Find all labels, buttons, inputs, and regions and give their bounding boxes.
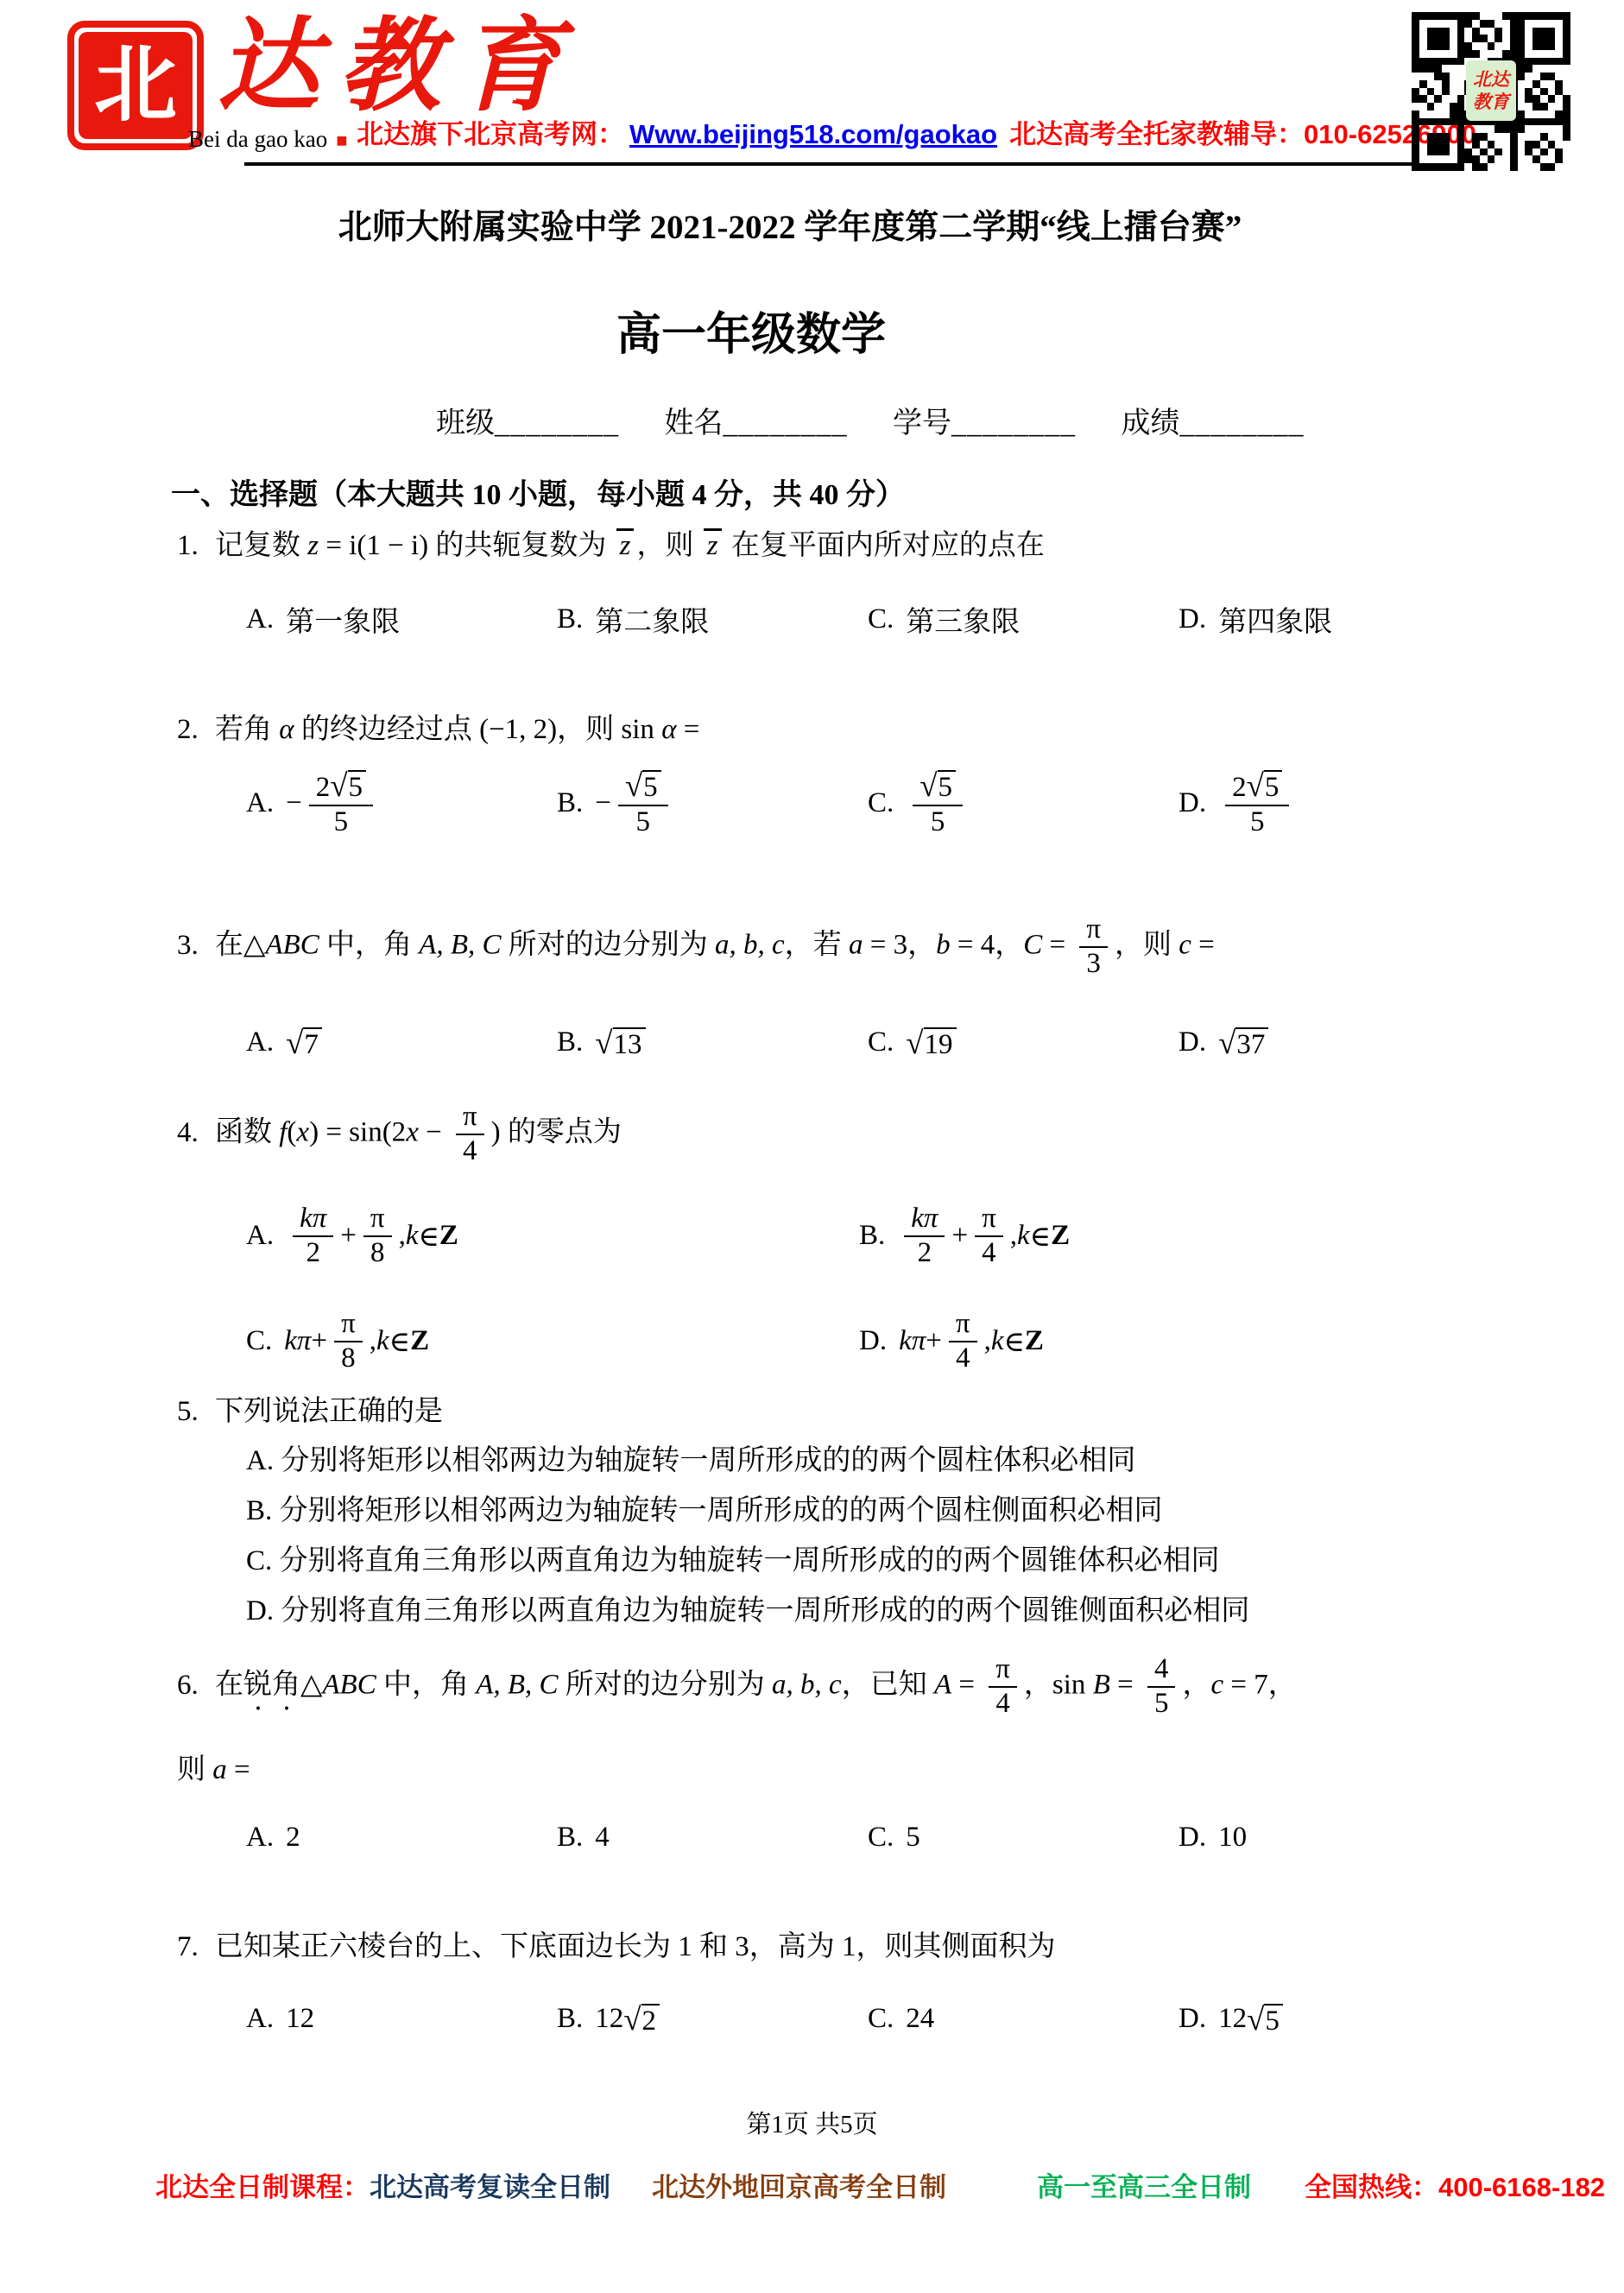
question-number: 6. <box>177 1670 215 1702</box>
option-d: D.第四象限 <box>1179 599 1332 640</box>
option-label: D. <box>1179 603 1206 635</box>
fraction: 2√55 <box>1225 767 1289 839</box>
math-expr: kπ <box>284 1325 311 1357</box>
stem-text: 下列说法正确的是 <box>215 1396 443 1427</box>
promo-course-3: 高一至高三全日制 <box>1037 2172 1251 2202</box>
option-d: D.kπ+π4, k ∈ Z <box>859 1308 1472 1375</box>
fraction: π4 <box>949 1308 977 1375</box>
math-var: c <box>1179 930 1191 961</box>
stem-text: ， <box>1268 1670 1297 1701</box>
math-var: C <box>1023 930 1042 961</box>
stem-text: 所对的边分别为 <box>502 930 716 961</box>
math-expr: = <box>1110 1670 1141 1701</box>
fraction-numerator: π <box>1079 913 1108 948</box>
math-fn: sin <box>1052 1670 1093 1701</box>
options-row: A.第一象限 B.第二象限 C.第三象限 D.第四象限 <box>177 599 1472 640</box>
option-c: C.第三象限 <box>868 599 1179 640</box>
brand-calligraphy: 达教育 <box>218 9 580 126</box>
exam-subtitle: 高一年级数学 <box>0 298 1502 363</box>
coefficient: 2 <box>316 772 331 803</box>
option-label: B. <box>246 1495 272 1526</box>
question-3: 3.在△ABC 中，角 A, B, C 所对的边分别为 a, b, c，若 a … <box>177 913 1472 1061</box>
stem-text: 所对的边分别为 <box>559 1670 773 1701</box>
option-label: D. <box>1179 1822 1206 1854</box>
stem-text: 的终边经过点 <box>294 714 480 745</box>
option-label: A. <box>246 1026 274 1058</box>
stem-text: ， <box>1024 1670 1052 1701</box>
radical-icon: √ <box>625 767 642 803</box>
fraction-numerator: π <box>949 1308 977 1342</box>
stem-text: ，已知 <box>842 1670 934 1701</box>
triangle-icon: △ <box>300 1670 322 1701</box>
coefficient: 12 <box>595 2003 623 2035</box>
question-1: 1.记复数 z = i(1 − i) 的共轭复数为 z，则 z 在复平面内所对应… <box>177 522 1472 640</box>
fraction: kπ2 <box>293 1203 333 1270</box>
minus-sign: − <box>286 787 302 819</box>
fraction-denominator: 8 <box>334 1342 363 1375</box>
math-var: k <box>406 1220 419 1252</box>
option-label: D. <box>859 1325 887 1357</box>
fraction-denominator: 4 <box>989 1688 1017 1721</box>
option-a: A.kπ2+π8, k ∈ Z <box>246 1203 859 1270</box>
comma: , <box>370 1325 376 1357</box>
question-number: 5. <box>177 1396 215 1428</box>
radicand: 5 <box>642 770 661 803</box>
stem-text: 记复数 <box>215 530 307 561</box>
radicand: 37 <box>1235 1027 1268 1060</box>
question-number: 3. <box>177 930 215 962</box>
math-var: z <box>620 530 631 561</box>
math-fn: sin <box>621 714 661 745</box>
option-a: A.12 <box>246 2003 557 2035</box>
math-var: ABC <box>322 1670 376 1701</box>
radical-icon: √ <box>595 1025 612 1060</box>
fraction: π4 <box>456 1101 484 1168</box>
triangle-icon: △ <box>243 930 265 961</box>
coefficient: 2 <box>1232 772 1247 803</box>
option-d: D.12√5 <box>1179 2000 1283 2037</box>
stem-text: 中，角 <box>376 1670 477 1701</box>
option-d: D.√37 <box>1179 1024 1268 1061</box>
question-stem: 2.若角 α 的终边经过点 (−1, 2)，则 sin α = <box>177 706 1472 747</box>
option-value: 分别将直角三角形以两直角边为轴旋转一周所形成的的两个圆锥体积必相同 <box>280 1545 1220 1576</box>
option-value: 分别将矩形以相邻两边为轴旋转一周所形成的的两个圆柱体积必相同 <box>281 1445 1135 1476</box>
math-expr: = i(1 − i) <box>319 530 428 561</box>
fraction-numerator: kπ <box>293 1203 333 1237</box>
integer-set-symbol: Z <box>1051 1220 1070 1252</box>
option-label: A. <box>246 787 274 819</box>
option-c: C.kπ+π8, k ∈ Z <box>246 1308 859 1375</box>
stem-text: 中，角 <box>319 930 420 961</box>
fraction-numerator: π <box>989 1653 1017 1688</box>
fraction-denominator: 4 <box>949 1342 977 1375</box>
options-row: A.2 B.4 C.5 D.10 <box>177 1822 1472 1854</box>
stem-text: 已知某正六棱台的上、下底面边长为 1 和 3，高为 1，则其侧面积为 <box>215 1931 1056 1962</box>
math-var: k <box>376 1325 389 1357</box>
fraction-numerator: √5 <box>618 767 668 806</box>
stem-text: ， <box>995 930 1023 961</box>
promo-label: 北达全日制课程： <box>155 2172 370 2202</box>
fraction: 45 <box>1147 1653 1176 1721</box>
stem-text: 在复平面内所对应的点在 <box>724 530 1045 561</box>
option-label: B. <box>557 787 583 819</box>
option-b: B.12√2 <box>557 2000 868 2037</box>
emphasized-text: 锐角 <box>243 1670 300 1701</box>
option-label: D. <box>1179 1026 1206 1058</box>
option-b: B.第二象限 <box>557 599 868 640</box>
math-var: α <box>279 714 294 745</box>
option-value: 第一象限 <box>286 599 400 640</box>
options-row: A.√7 B.√13 C.√19 D.√37 <box>177 1024 1472 1061</box>
element-of-sign: ∈ <box>389 1324 410 1359</box>
option-a: A.第一象限 <box>246 599 557 640</box>
fraction: π3 <box>1079 913 1108 981</box>
question-6: 6.在锐角△ABC 中，角 A, B, C 所对的边分别为 a, b, c，已知… <box>177 1653 1472 1854</box>
math-var: a <box>849 930 863 961</box>
class-field-blank: ________ <box>495 407 619 439</box>
math-var: A, B, C <box>419 930 501 961</box>
math-var: a <box>212 1754 227 1785</box>
math-var: A <box>934 1670 951 1701</box>
z-conjugate: z <box>704 528 722 562</box>
math-expr: (−1, 2) <box>479 714 557 745</box>
radicand: 2 <box>641 2004 660 2037</box>
radical-icon: √ <box>919 767 937 803</box>
option-value: 4 <box>595 1822 610 1854</box>
qr-code: 北达 教育 <box>1412 12 1570 171</box>
fraction: π4 <box>989 1653 1017 1721</box>
option-label: B. <box>557 1026 583 1058</box>
radicand: 13 <box>613 1027 646 1060</box>
option-label: C. <box>868 2003 894 2035</box>
element-of-sign: ∈ <box>1030 1219 1051 1254</box>
fraction-denominator: 3 <box>1079 948 1108 981</box>
radicand: 5 <box>938 770 957 803</box>
option-b: B.√13 <box>557 1024 868 1061</box>
exam-page: 北 达教育 Bei da gao kao■ 北达旗下北京高考网：Www.beij… <box>0 0 1624 2293</box>
radicand: 5 <box>1264 2004 1283 2037</box>
option-value: 第二象限 <box>595 599 709 640</box>
stem-text: ，则 <box>557 714 621 745</box>
math-expr: = 4 <box>951 930 995 961</box>
fraction-numerator: 4 <box>1147 1653 1176 1688</box>
options-row: A.−2√55 B.−√55 C.√55 D.2√55 <box>177 767 1472 839</box>
option-c: C. 分别将直角三角形以两直角边为轴旋转一周所形成的的两个圆锥体积必相同 <box>177 1543 1472 1579</box>
header-phone-label: 北达高考全托家教辅导：010-62526900 <box>1009 119 1476 149</box>
option-label: A. <box>246 603 274 635</box>
header-info-line: 北达旗下北京高考网：Www.beijing518.com/gaokao北达高考全… <box>357 112 1476 151</box>
radical-icon: √ <box>906 1025 923 1060</box>
fraction: 2√55 <box>309 767 373 839</box>
comma: , <box>1010 1220 1017 1252</box>
comma: , <box>984 1325 991 1357</box>
option-c: C.√55 <box>868 767 1179 839</box>
promo-course-2: 北达外地回京高考全日制 <box>652 2172 946 2202</box>
math-var: z <box>307 530 319 561</box>
question-stem: 4.函数 f(x) = sin(2x − π4) 的零点为 <box>177 1101 1472 1168</box>
stem-text: 的零点为 <box>501 1117 622 1148</box>
math-var: z <box>707 530 718 561</box>
sqrt: √7 <box>286 1024 322 1061</box>
fraction-numerator: π <box>456 1101 484 1135</box>
option-label: B. <box>557 2003 583 2035</box>
question-2: 2.若角 α 的终边经过点 (−1, 2)，则 sin α = A.−2√55 … <box>177 706 1472 839</box>
option-label: C. <box>868 787 894 819</box>
brand-seal-inner: 北 <box>79 32 193 139</box>
option-label: D. <box>246 1595 274 1627</box>
page-indicator: 第1页 共5页 <box>0 2105 1624 2140</box>
question-stem: 5.下列说法正确的是 <box>177 1388 1472 1429</box>
fraction-denominator: 8 <box>363 1237 392 1270</box>
option-label: C. <box>246 1545 272 1576</box>
comma: , <box>399 1220 406 1252</box>
minus-sign: − <box>595 787 611 819</box>
fraction-denominator: 4 <box>975 1237 1003 1270</box>
integer-set-symbol: Z <box>410 1325 429 1357</box>
integer-set-symbol: Z <box>439 1220 458 1252</box>
radical-icon: √ <box>1247 2001 1264 2037</box>
stem-text: 在 <box>215 1670 243 1701</box>
option-label: C. <box>868 603 894 635</box>
fraction-denominator: 5 <box>1147 1688 1176 1721</box>
question-stem: 1.记复数 z = i(1 − i) 的共轭复数为 z，则 z 在复平面内所对应… <box>177 522 1472 563</box>
fraction: √55 <box>618 767 668 839</box>
qr-center-label: 北达 教育 <box>1466 60 1516 121</box>
radical-icon: √ <box>1247 767 1264 803</box>
option-label: A. <box>246 1822 274 1854</box>
option-value: 12 <box>286 2003 314 2035</box>
options-row: A.kπ2+π8, k ∈ Z B.kπ2+π4, k ∈ Z <box>177 1203 1472 1270</box>
options-row: A.12 B.12√2 C.24 D.12√5 <box>177 2000 1472 2037</box>
header-site-label: 北达旗下北京高考网： <box>357 119 624 149</box>
math-expr: ) <box>491 1117 501 1148</box>
fraction-numerator: 2√5 <box>1225 767 1289 806</box>
math-expr: = <box>951 1670 982 1701</box>
radicand: 5 <box>1264 770 1283 803</box>
name-field-blank: ________ <box>724 407 848 439</box>
option-value: 第四象限 <box>1218 599 1332 640</box>
radical-icon: √ <box>330 767 347 803</box>
option-value: 分别将直角三角形以两直角边为轴旋转一周所形成的的两个圆锥侧面积必相同 <box>281 1595 1249 1627</box>
math-expr: ( <box>287 1117 296 1148</box>
math-var: a, b, c <box>715 930 785 961</box>
math-expr: = <box>1191 930 1215 961</box>
math-var: x <box>296 1117 309 1148</box>
option-c: C.5 <box>868 1822 1179 1854</box>
score-field-label: 成绩 <box>1122 407 1180 439</box>
plus-sign: + <box>311 1325 327 1357</box>
student-id-field-blank: ________ <box>951 407 1076 439</box>
option-b: B.kπ2+π4, k ∈ Z <box>859 1203 1472 1270</box>
option-a: A. 分别将矩形以相邻两边为轴旋转一周所形成的的两个圆柱体积必相同 <box>177 1443 1472 1479</box>
fraction-numerator: π <box>334 1308 363 1342</box>
coefficient: 12 <box>1218 2003 1247 2035</box>
option-d: D. 分别将直角三角形以两直角边为轴旋转一周所形成的的两个圆锥侧面积必相同 <box>177 1593 1472 1629</box>
radical-icon: √ <box>1218 1025 1235 1060</box>
option-value: 10 <box>1218 1822 1247 1854</box>
option-label: C. <box>868 1822 894 1854</box>
fraction: π8 <box>334 1308 363 1375</box>
student-info-line: 班级________ 姓名________ 学号________ 成绩_____… <box>436 399 1343 441</box>
radicand: 7 <box>303 1027 322 1060</box>
stem-text: 在 <box>215 930 243 961</box>
option-c: C.24 <box>868 2003 1179 2035</box>
option-label: A. <box>246 1445 274 1476</box>
question-stem-line2: 则 a = <box>177 1747 1472 1787</box>
math-var: A, B, C <box>476 1670 558 1701</box>
radicand: 5 <box>348 770 367 803</box>
option-a: A.2 <box>246 1822 557 1854</box>
fraction-denominator: 5 <box>629 806 658 839</box>
fraction-denominator: 4 <box>456 1135 484 1168</box>
fraction-numerator: √5 <box>913 767 963 806</box>
options-row: C.kπ+π8, k ∈ Z D.kπ+π4, k ∈ Z <box>177 1308 1472 1375</box>
qr-label-line1: 北达 <box>1473 68 1509 91</box>
fraction: π8 <box>363 1203 392 1270</box>
option-b: B.−√55 <box>557 767 868 839</box>
question-7: 7.已知某正六棱台的上、下底面边长为 1 和 3，高为 1，则其侧面积为 A.1… <box>177 1923 1472 2037</box>
stem-text: ，则 <box>1115 930 1179 961</box>
option-c: C.√19 <box>868 1024 1179 1061</box>
question-4: 4.函数 f(x) = sin(2x − π4) 的零点为 A.kπ2+π8, … <box>177 1101 1472 1375</box>
brand-seal-logo: 北 <box>67 21 204 150</box>
option-value: 分别将矩形以相邻两边为轴旋转一周所形成的的两个圆柱侧面积必相同 <box>280 1495 1163 1526</box>
math-expr: = <box>1042 930 1072 961</box>
stem-text: ，若 <box>785 930 849 961</box>
sqrt: √5 <box>330 772 366 803</box>
question-5: 5.下列说法正确的是 A. 分别将矩形以相邻两边为轴旋转一周所形成的的两个圆柱体… <box>177 1388 1472 1629</box>
fraction-numerator: 2√5 <box>309 767 373 806</box>
option-d: D.2√55 <box>1179 767 1296 839</box>
question-stem: 6.在锐角△ABC 中，角 A, B, C 所对的边分别为 a, b, c，已知… <box>177 1653 1472 1721</box>
fraction-denominator: 5 <box>327 806 356 839</box>
class-field-label: 班级 <box>436 407 495 439</box>
plus-sign: + <box>951 1220 968 1252</box>
fraction-numerator: π <box>363 1203 392 1237</box>
option-d: D.10 <box>1179 1822 1247 1854</box>
element-of-sign: ∈ <box>418 1219 439 1254</box>
fraction-denominator: 2 <box>299 1237 327 1270</box>
sqrt: √13 <box>595 1024 645 1061</box>
math-expr: = <box>677 714 700 745</box>
question-number: 7. <box>177 1931 215 1963</box>
option-label: A. <box>246 2003 274 2035</box>
math-expr: = 3 <box>863 930 907 961</box>
fraction-numerator: kπ <box>904 1203 945 1237</box>
math-var: B <box>1093 1670 1110 1701</box>
brand-tagline-text: Bei da gao kao <box>188 126 327 152</box>
fraction-numerator: π <box>975 1203 1003 1237</box>
option-label: C. <box>246 1325 272 1357</box>
math-var: ABC <box>265 930 319 961</box>
option-value: 5 <box>906 1822 920 1854</box>
question-number: 1. <box>177 530 215 562</box>
radical-icon: √ <box>623 2001 641 2037</box>
stem-text: 的共轭复数为 <box>428 530 614 561</box>
math-var: k <box>1017 1220 1030 1252</box>
integer-set-symbol: Z <box>1025 1325 1044 1357</box>
math-expr: ) = sin(2 <box>309 1117 406 1148</box>
math-var: b <box>936 930 951 961</box>
stem-text: ， <box>1182 1670 1210 1701</box>
math-var: c <box>1210 1670 1223 1701</box>
option-label: A. <box>246 1220 274 1252</box>
footer-promo-line: 北达全日制课程：北达高考复读全日制北达外地回京高考全日制高一至高三全日制全国热线… <box>155 2165 1605 2204</box>
question-number: 2. <box>177 714 215 746</box>
option-label: D. <box>1179 787 1206 819</box>
sqrt: √5 <box>625 772 661 803</box>
fraction-denominator: 5 <box>1243 806 1272 839</box>
student-id-field-label: 学号 <box>893 407 951 439</box>
sqrt: √5 <box>1247 2000 1283 2037</box>
qr-label-line2: 教育 <box>1473 91 1509 113</box>
option-b: B. 分别将矩形以相邻两边为轴旋转一周所形成的的两个圆柱侧面积必相同 <box>177 1493 1472 1529</box>
fraction: √55 <box>913 767 963 839</box>
radicand: 19 <box>924 1027 957 1060</box>
sqrt: √37 <box>1218 1024 1268 1061</box>
header-site-link[interactable]: Www.beijing518.com/gaokao <box>629 119 997 149</box>
plus-sign: + <box>340 1220 357 1252</box>
section-heading: 一、选择题（本大题共 10 小题，每小题 4 分，共 40 分） <box>171 471 905 513</box>
stem-text: 若角 <box>215 714 279 745</box>
question-number: 4. <box>177 1117 215 1149</box>
option-label: B. <box>557 1822 583 1854</box>
stem-text: ， <box>907 930 936 961</box>
brand-square-icon: ■ <box>336 129 347 151</box>
name-field-label: 姓名 <box>665 407 724 439</box>
brand-tagline: Bei da gao kao■ <box>188 126 348 153</box>
sqrt: √2 <box>623 2000 660 2037</box>
option-label: C. <box>868 1026 894 1058</box>
question-stem: 3.在△ABC 中，角 A, B, C 所对的边分别为 a, b, c，若 a … <box>177 913 1472 981</box>
option-label: B. <box>859 1220 885 1252</box>
plus-sign: + <box>926 1325 942 1357</box>
math-expr: = <box>227 1754 250 1785</box>
math-var: a, b, c <box>772 1670 842 1701</box>
stem-text: ，则 <box>636 530 700 561</box>
fraction: kπ2 <box>904 1203 945 1270</box>
score-field-blank: ________ <box>1180 407 1305 439</box>
promo-course-1: 北达高考复读全日制 <box>370 2172 610 2202</box>
fraction: π4 <box>975 1203 1003 1270</box>
option-b: B.4 <box>557 1822 868 1854</box>
fraction-denominator: 2 <box>911 1237 939 1270</box>
exam-title: 北师大附属实验中学 2021-2022 学年度第二学期“线上擂台赛” <box>0 200 1580 249</box>
promo-hotline: 全国热线：400-6168-182 <box>1305 2172 1605 2202</box>
option-value: 24 <box>906 2003 934 2035</box>
option-a: A.−2√55 <box>246 767 557 839</box>
question-stem: 7.已知某正六棱台的上、下底面边长为 1 和 3，高为 1，则其侧面积为 <box>177 1923 1472 1964</box>
option-value: 2 <box>286 1822 300 1854</box>
brand-seal-character: 北 <box>94 44 177 127</box>
option-label: B. <box>557 603 583 635</box>
math-expr: kπ <box>899 1325 926 1357</box>
math-var: k <box>991 1325 1004 1357</box>
option-value: 第三象限 <box>906 599 1020 640</box>
stem-text: 函数 <box>215 1117 279 1148</box>
fraction-denominator: 5 <box>924 806 952 839</box>
element-of-sign: ∈ <box>1003 1324 1024 1359</box>
math-var: α <box>661 714 676 745</box>
z-conjugate: z <box>616 528 635 562</box>
math-var: x <box>406 1117 419 1148</box>
sqrt: √19 <box>906 1024 956 1061</box>
header-divider <box>244 162 1417 166</box>
radical-icon: √ <box>286 1025 303 1060</box>
sqrt: √5 <box>1247 772 1283 803</box>
option-label: D. <box>1179 2003 1206 2035</box>
option-a: A.√7 <box>246 1024 557 1061</box>
